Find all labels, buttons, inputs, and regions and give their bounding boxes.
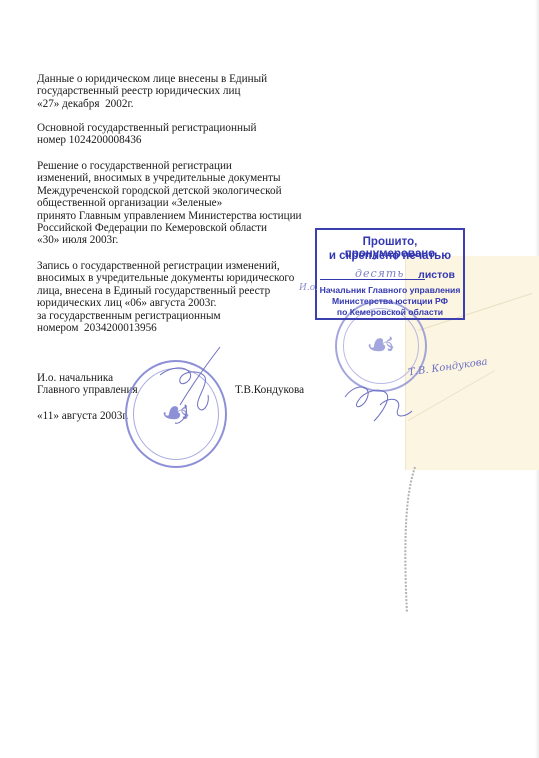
- text-line: изменений, вносимых в учредительные доку…: [37, 172, 302, 184]
- signature-date: «11» августа 2003г.: [37, 410, 128, 422]
- signature-scribble-right: [340, 375, 420, 425]
- text-line: Российской Федерации по Кемеровской обла…: [37, 222, 302, 234]
- text-line: юридических лиц «06» августа 2003г.: [37, 297, 294, 309]
- text-line: вносимых в учредительные документы юриди…: [37, 272, 294, 284]
- text-line: «27» декабря 2002г.: [37, 98, 267, 110]
- stamp-text: Министерства юстиции РФ: [317, 296, 463, 306]
- text-line: Главного управления: [37, 384, 138, 396]
- double-headed-eagle-icon: ☙: [366, 329, 396, 363]
- signatory-title: И.о. начальникаГлавного управления: [37, 372, 138, 397]
- text-line: И.о. начальника: [37, 372, 138, 384]
- text-line: Междуреченской городской детской экологи…: [37, 185, 302, 197]
- handwritten-prefix: И.о.: [299, 283, 318, 293]
- text-line: государственный реестр юридических лиц: [37, 85, 267, 97]
- registration-decision-text: Решение о государственной регистрацииизм…: [37, 160, 302, 247]
- stamp-underline: [320, 279, 425, 280]
- signature-scribble-left: [150, 345, 230, 430]
- stamp-text: по Кемеровской области: [317, 307, 463, 317]
- text-line: номер 1024200008436: [37, 134, 256, 146]
- text-line: номером 2034200013956: [37, 322, 294, 334]
- text-line: за государственным регистрационным: [37, 310, 294, 322]
- text-line: Решение о государственной регистрации: [37, 160, 302, 172]
- main-registration-number: Основной государственный регистрационный…: [37, 122, 256, 147]
- text-line: Основной государственный регистрационный: [37, 122, 256, 134]
- registration-entry-text: Данные о юридическом лице внесены в Един…: [37, 73, 267, 110]
- text-line: «30» июля 2003г.: [37, 234, 302, 246]
- stamp-sheets-label: листов: [418, 269, 455, 281]
- record-entry-text: Запись о государственной регистрации изм…: [37, 260, 294, 334]
- binding-thread-icon: [403, 465, 417, 615]
- bound-and-sealed-stamp: Прошито, пронумеровано и скреплено печат…: [315, 228, 465, 320]
- signatory-name: Т.В.Кондукова: [235, 384, 304, 396]
- text-line: общественной организации «Зеленые»: [37, 197, 302, 209]
- text-line: принято Главным управлением Министерства…: [37, 210, 302, 222]
- text-line: лица, внесена в Единый государственный р…: [37, 285, 294, 297]
- text-line: Запись о государственной регистрации изм…: [37, 260, 294, 272]
- stamp-text: Начальник Главного управления: [317, 285, 463, 295]
- stamp-text: и скреплено печатью: [317, 250, 463, 262]
- text-line: Данные о юридическом лице внесены в Един…: [37, 73, 267, 85]
